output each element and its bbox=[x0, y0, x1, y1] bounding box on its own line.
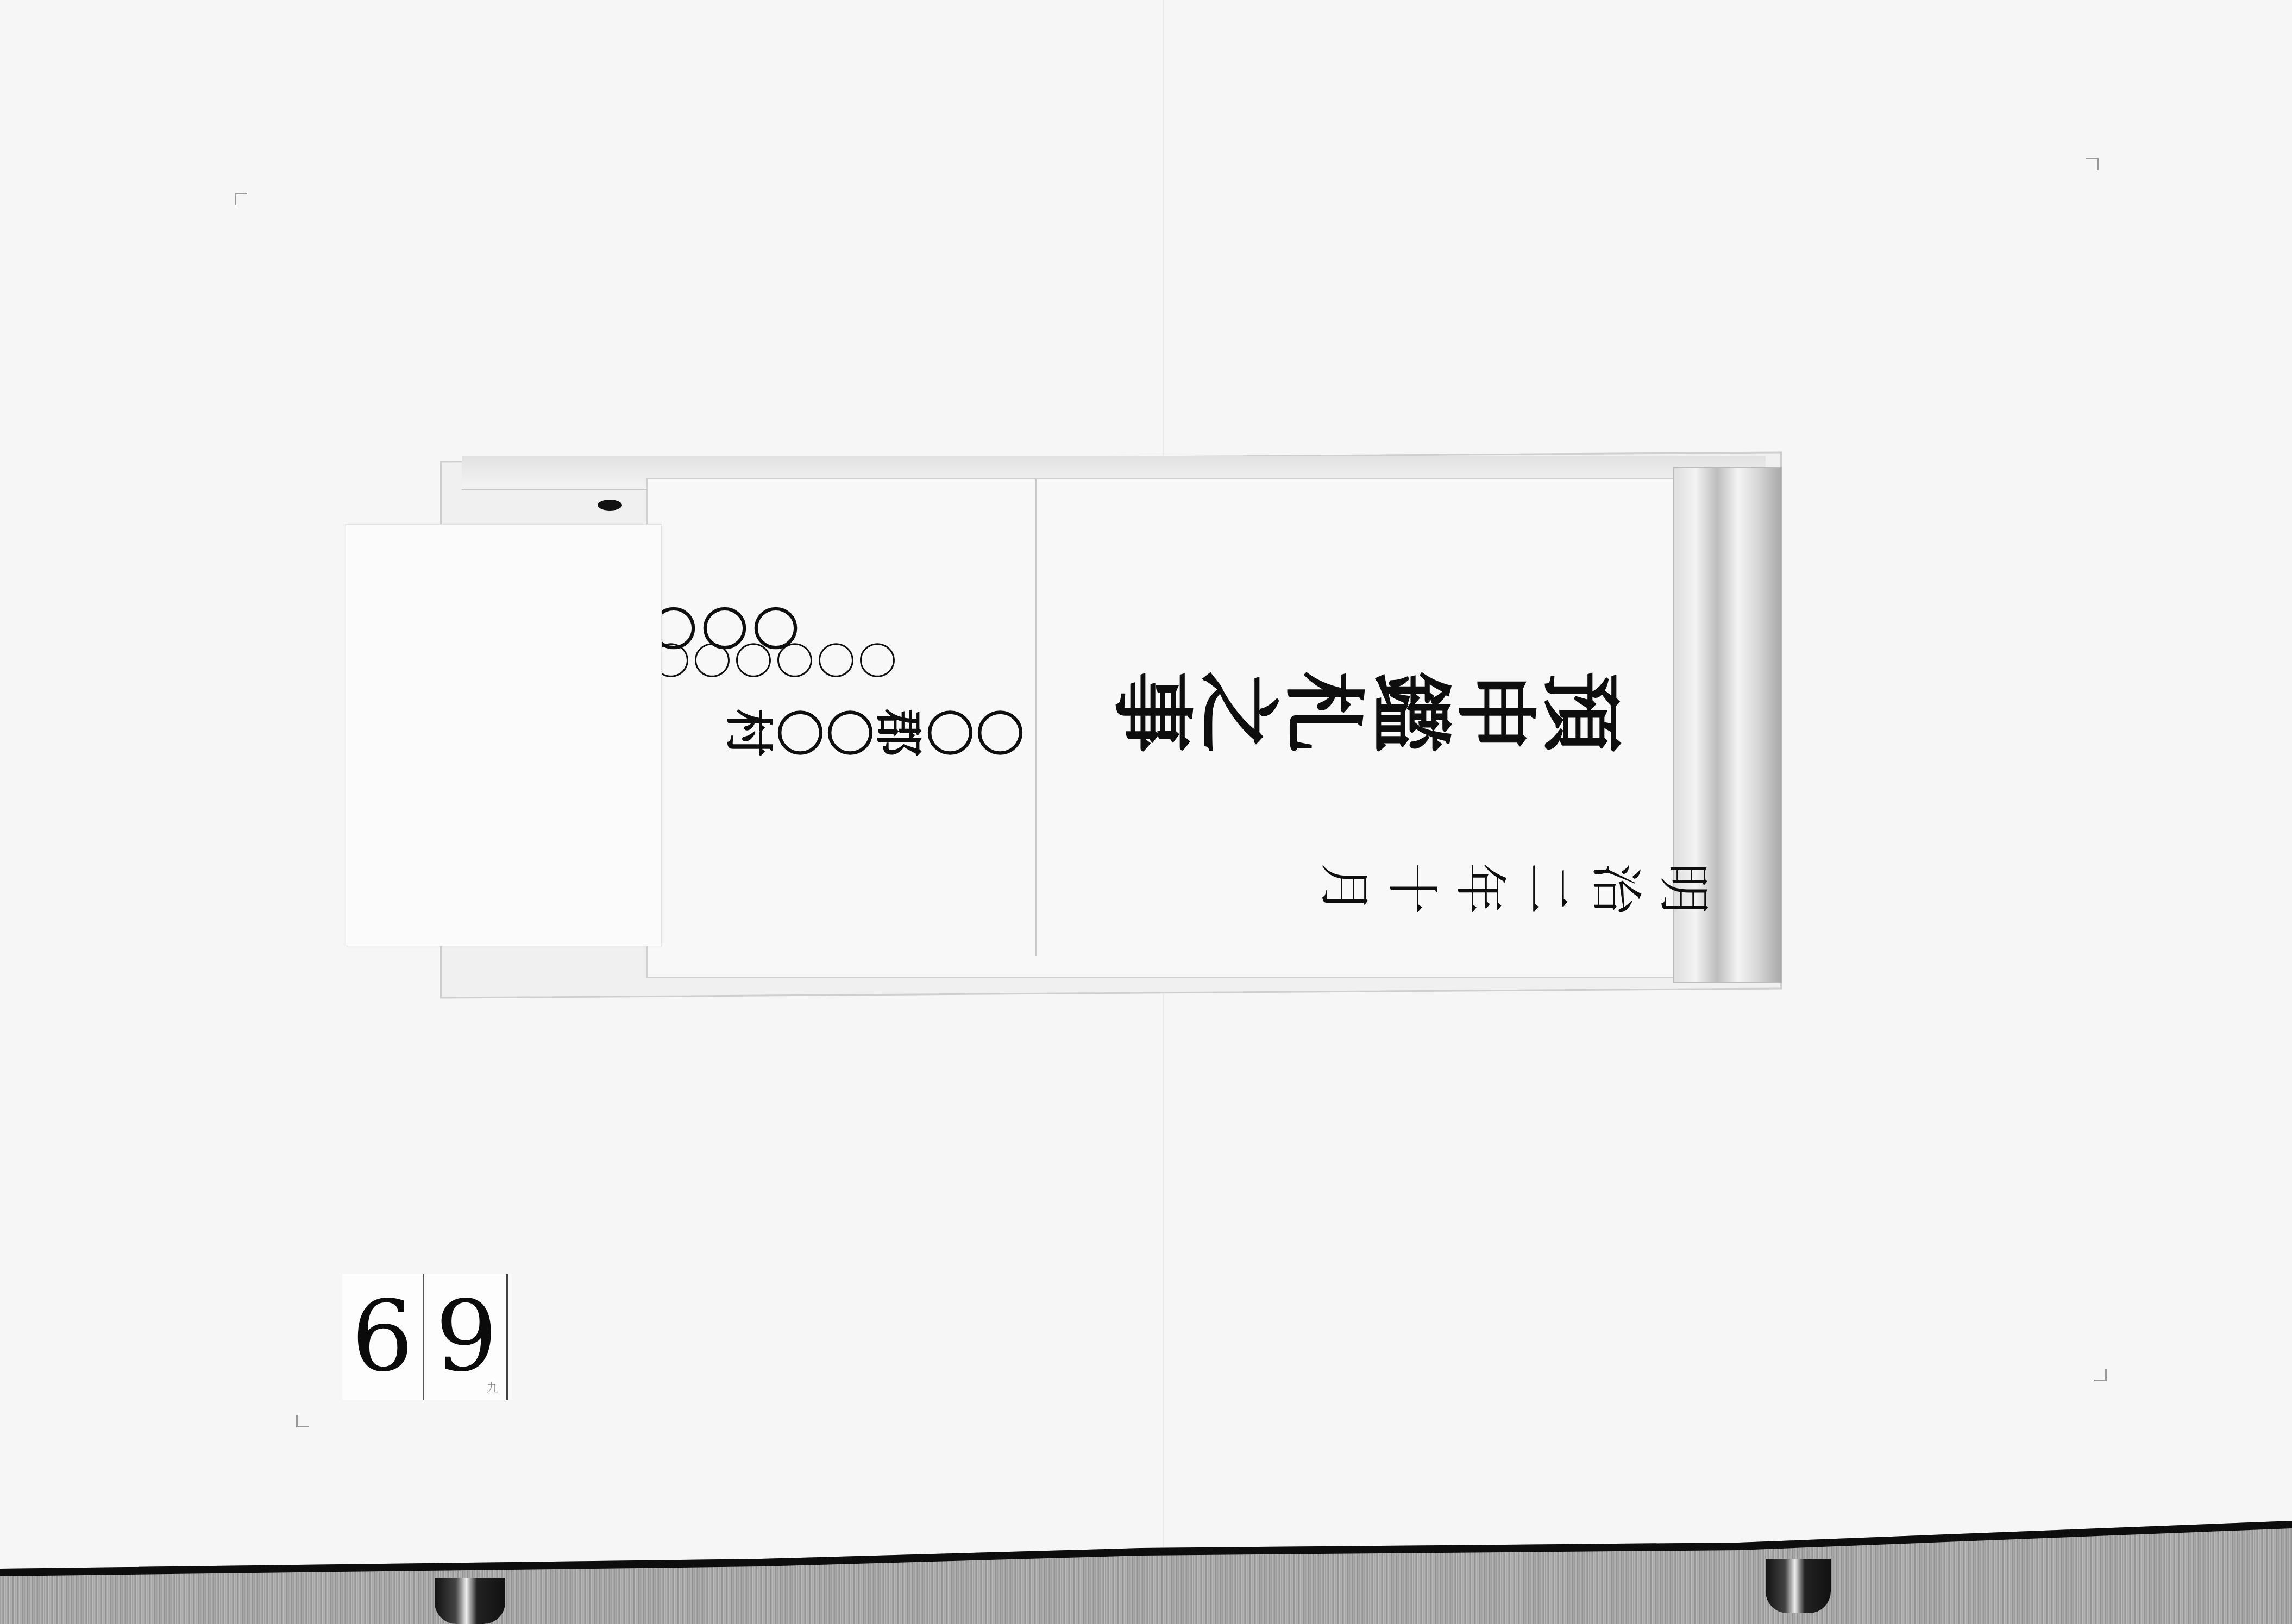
crop-mark-top-right bbox=[2086, 158, 2099, 170]
metal-clip-icon bbox=[435, 1578, 505, 1624]
archive-number-label: 6 9 九 bbox=[342, 1274, 512, 1400]
ink-blot bbox=[598, 500, 622, 511]
label-digit: 9 bbox=[435, 1288, 498, 1386]
cover-crease bbox=[1035, 478, 1037, 956]
date-line: 明治二年十月 bbox=[1304, 847, 1711, 921]
blank-overlay-paper bbox=[346, 524, 662, 946]
names-line-1: 〇〇郡〇〇村 bbox=[724, 695, 1024, 764]
crop-mark-top-left bbox=[235, 193, 247, 205]
label-kanji-mark: 九 bbox=[487, 1382, 499, 1394]
label-digit-tile: 9 九 bbox=[426, 1274, 508, 1400]
crop-mark-bottom-right bbox=[2094, 1369, 2107, 1381]
cover-title: 預申鑑札之事 bbox=[1109, 646, 1624, 764]
label-digit-tile: 6 bbox=[342, 1274, 424, 1400]
label-digit: 6 bbox=[351, 1288, 414, 1386]
metal-clip-icon bbox=[1766, 1559, 1831, 1613]
crop-mark-bottom-left bbox=[296, 1415, 309, 1427]
